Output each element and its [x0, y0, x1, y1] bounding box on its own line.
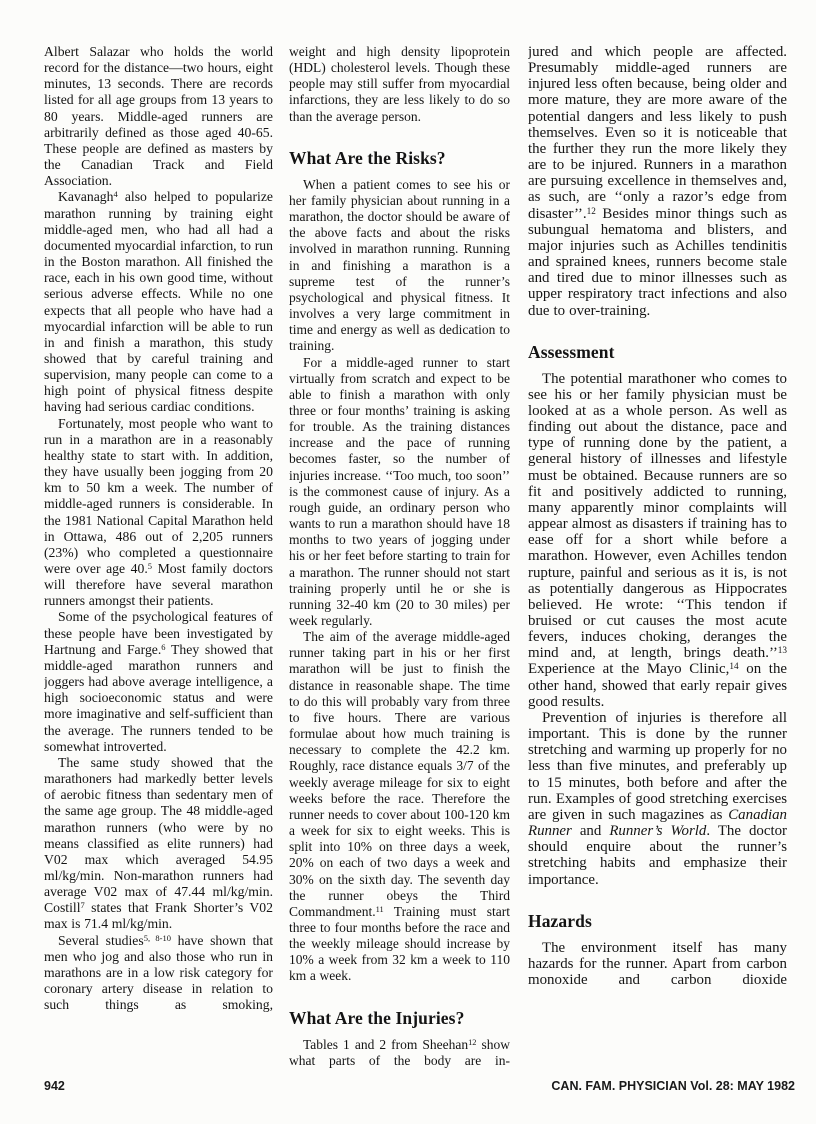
paragraph: Kavanagh4 also helped to popularize mara…	[44, 189, 273, 415]
paragraph: weight and high density lipoprotein (HDL…	[289, 44, 510, 125]
column-3: jured and which people are affected. Pre…	[528, 44, 787, 1076]
section-heading: What Are the Injuries?	[289, 1008, 510, 1028]
column-2: weight and high density lipoprotein (HDL…	[289, 44, 510, 1076]
paragraph: Tables 1 and 2 from Sheehan12 show what …	[289, 1037, 510, 1069]
paragraph: jured and which people are affected. Pre…	[528, 44, 787, 319]
reference-superscript: 5, 8-10	[144, 933, 171, 943]
paragraph: For a middle-aged runner to start virtua…	[289, 355, 510, 630]
column-1: Albert Salazar who holds the world recor…	[44, 44, 273, 1076]
paragraph: Albert Salazar who holds the world recor…	[44, 44, 273, 189]
section-heading: Assessment	[528, 342, 787, 362]
paragraph: Several studies5, 8-10 have shown that m…	[44, 933, 273, 1014]
section-heading: What Are the Risks?	[289, 148, 510, 168]
paragraph: Some of the psychological features of th…	[44, 609, 273, 754]
paragraph: Prevention of injuries is therefore all …	[528, 710, 787, 888]
paragraph: The environment itself has many hazards …	[528, 940, 787, 988]
journal-citation: CAN. FAM. PHYSICIAN Vol. 28: MAY 1982	[551, 1079, 795, 1093]
paragraph: When a patient comes to see his or her f…	[289, 177, 510, 355]
reference-superscript: 12	[587, 205, 596, 215]
journal-page: Albert Salazar who holds the world recor…	[0, 0, 816, 1124]
reference-superscript: 4	[114, 190, 118, 200]
paragraph: The same study showed that the marathone…	[44, 755, 273, 933]
paragraph: Fortunately, most people who want to run…	[44, 416, 273, 610]
page-number: 942	[44, 1079, 65, 1093]
reference-superscript: 12	[468, 1038, 476, 1047]
page-footer: 942 CAN. FAM. PHYSICIAN Vol. 28: MAY 198…	[44, 1079, 795, 1093]
reference-superscript: 14	[729, 661, 738, 671]
reference-superscript: 5	[148, 561, 152, 571]
paragraph: The aim of the average middle-aged runne…	[289, 629, 510, 984]
reference-superscript: 7	[81, 900, 85, 910]
reference-superscript: 13	[778, 645, 787, 655]
reference-superscript: 6	[161, 642, 165, 652]
reference-superscript: 11	[376, 905, 384, 914]
section-heading: Hazards	[528, 911, 787, 931]
paragraph: The potential marathoner who comes to se…	[528, 371, 787, 710]
